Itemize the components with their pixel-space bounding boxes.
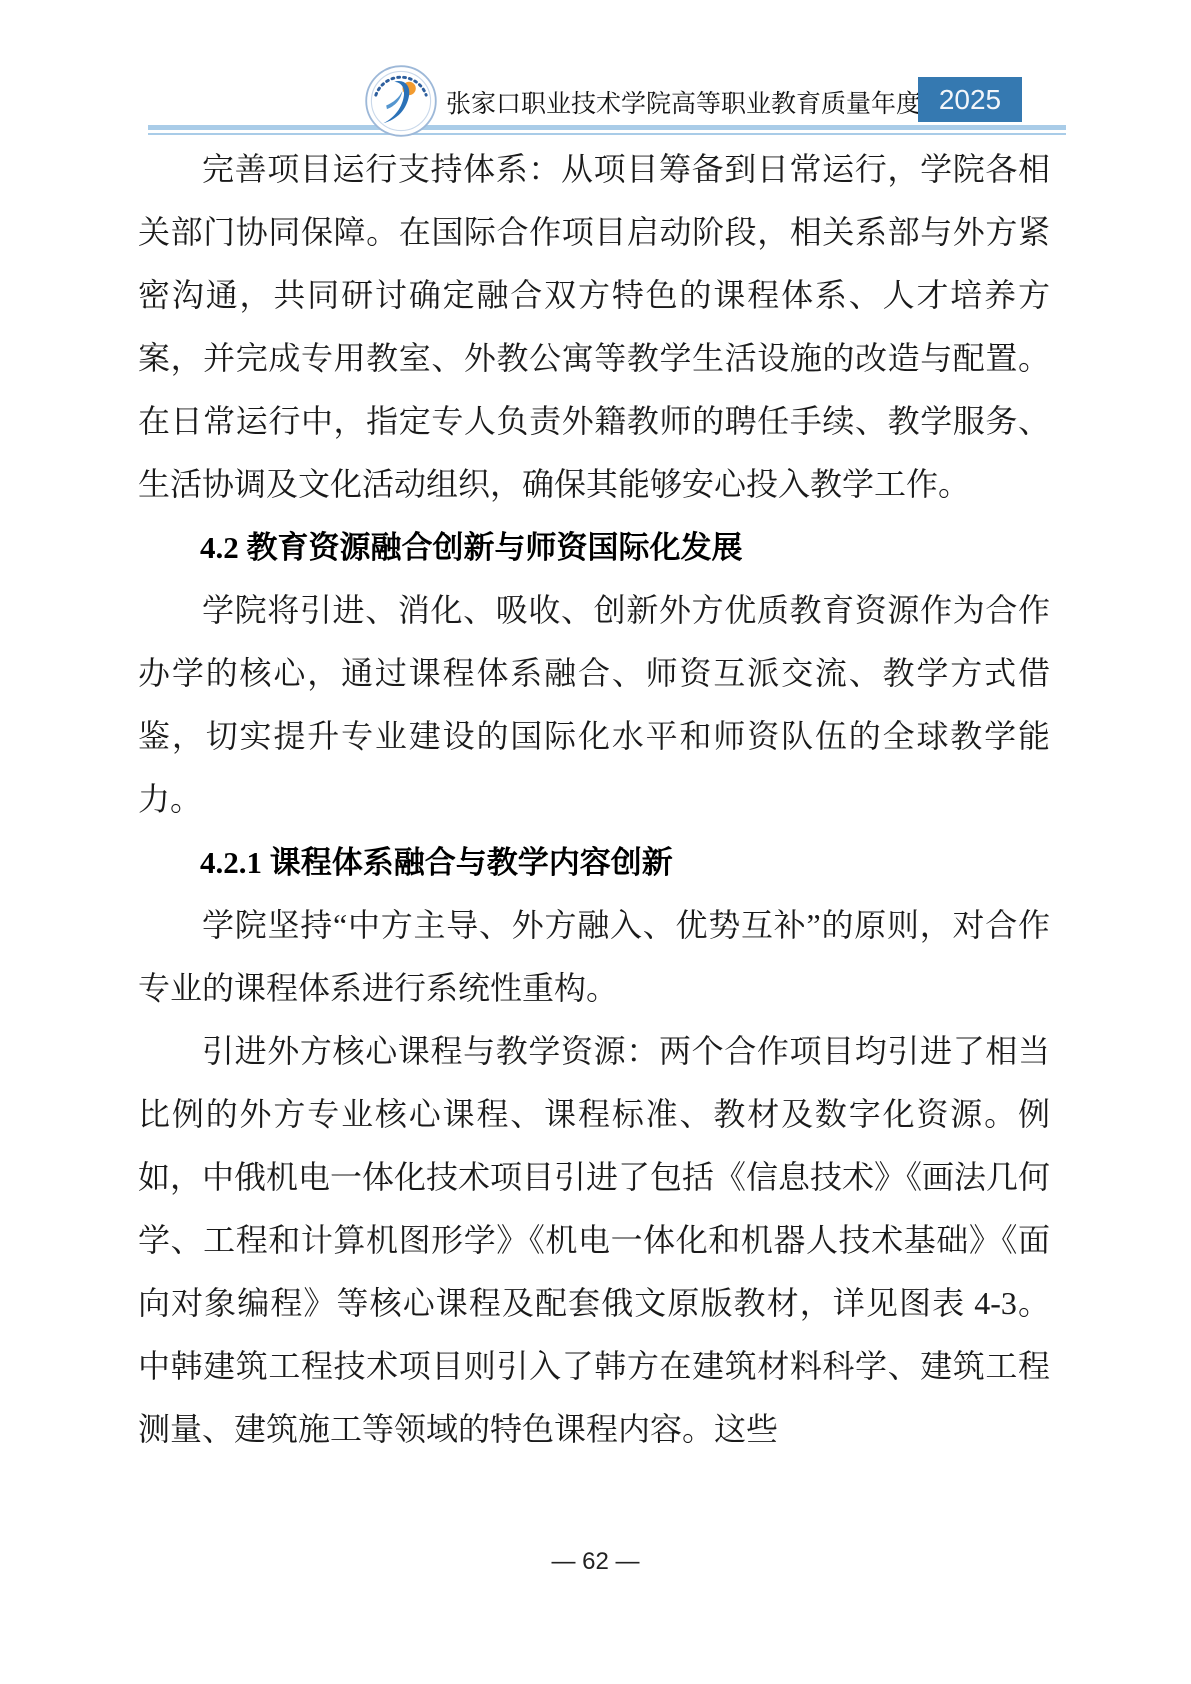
document-body: 完善项目运行支持体系：从项目筹备到日常运行，学院各相关部门协同保障。在国际合作项… xyxy=(138,138,1050,1461)
header-divider-thin-line xyxy=(148,133,1066,135)
paragraph-resource-integration: 学院将引进、消化、吸收、创新外方优质教育资源作为合作办学的核心，通过课程体系融合… xyxy=(138,579,1050,831)
page-number: — 62 — xyxy=(0,1548,1191,1576)
paragraph-project-support: 完善项目运行支持体系：从项目筹备到日常运行，学院各相关部门协同保障。在国际合作项… xyxy=(138,138,1050,516)
college-seal-logo-icon xyxy=(364,62,438,140)
report-page: 张家口职业技术学院高等职业教育质量年度报告 2025 完善项目运行支持体系：从项… xyxy=(0,0,1191,1684)
report-header-title: 张家口职业技术学院高等职业教育质量年度报告 xyxy=(446,84,912,120)
header-divider xyxy=(148,125,1066,135)
heading-4-2: 4.2 教育资源融合创新与师资国际化发展 xyxy=(138,516,1050,579)
heading-4-2-1: 4.2.1 课程体系融合与教学内容创新 xyxy=(138,831,1050,894)
year-badge: 2025 xyxy=(918,77,1022,122)
paragraph-curriculum-principle: 学院坚持“中方主导、外方融入、优势互补”的原则，对合作专业的课程体系进行系统性重… xyxy=(138,894,1050,1020)
paragraph-imported-courses: 引进外方核心课程与教学资源：两个合作项目均引进了相当比例的外方专业核心课程、课程… xyxy=(138,1020,1050,1461)
